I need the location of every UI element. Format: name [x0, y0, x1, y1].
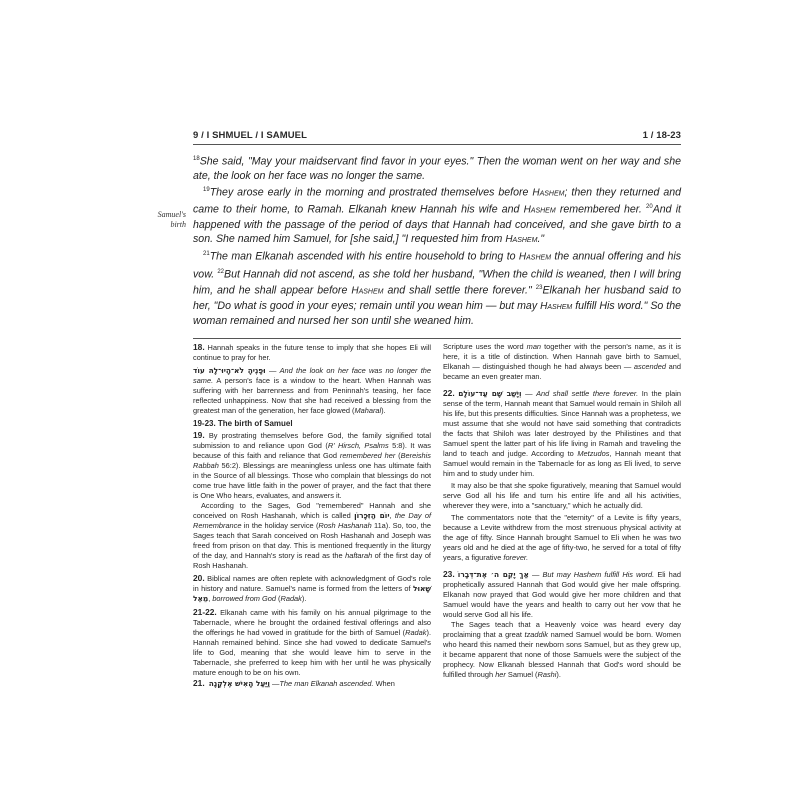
verse-21-23: 21The man Elkanah ascended with his enti…: [193, 247, 681, 328]
comment-19: 19. By prostrating themselves before God…: [193, 430, 431, 501]
verse-18: 18She said, "May your maidservant find f…: [193, 152, 681, 183]
running-head: 9 / I SHMUEL / I SAMUEL 1 / 18-23: [193, 130, 681, 145]
comment-21-cont: Scripture uses the word man together wit…: [443, 342, 681, 382]
comment-21: 21. וַיַּעַל הָאִישׁ אֶלְקָנָה —The man …: [193, 678, 431, 689]
margin-note: Samuel's birth: [138, 210, 186, 230]
commentary-column-left: 18. Hannah speaks in the future tense to…: [193, 342, 431, 692]
comment-22: 22. וְיָשַׁב שָׁם עַד־עוֹלָם — And shall…: [443, 388, 681, 479]
section-heading: 19-23. The birth of Samuel: [193, 419, 431, 429]
comment-23b: The Sages teach that a Heavenly voice wa…: [443, 620, 681, 680]
book-page: 9 / I SHMUEL / I SAMUEL 1 / 18-23 Samuel…: [193, 130, 681, 692]
commentary-column-right: Scripture uses the word man together wit…: [443, 342, 681, 692]
running-head-left: 9 / I SHMUEL / I SAMUEL: [193, 130, 307, 141]
commentary: 18. Hannah speaks in the future tense to…: [193, 342, 681, 692]
comment-22c: The commentators note that the "eternity…: [443, 513, 681, 563]
commentary-divider: [193, 338, 681, 339]
comment-19b: According to the Sages, God "remembered"…: [193, 501, 431, 571]
comment-18b: וּפָנֶיהָ לֹא־הָיוּ־לָהּ עוֹד — And the …: [193, 366, 431, 416]
comment-23: 23. אַךְ יָקֵם ה׳ אֶת־דְּבָרוֹ — But may…: [443, 569, 681, 620]
comment-20: 20. Biblical names are often replete wit…: [193, 573, 431, 604]
verse-19-20: 19They arose early in the morning and pr…: [193, 183, 681, 247]
comment-21-22: 21-22. Elkanah came with his family on h…: [193, 607, 431, 678]
running-head-right: 1 / 18-23: [643, 130, 681, 141]
scripture-block: Samuel's birth 18She said, "May your mai…: [193, 152, 681, 328]
comment-22b: It may also be that she spoke figurative…: [443, 481, 681, 511]
comment-18: 18. Hannah speaks in the future tense to…: [193, 342, 431, 363]
